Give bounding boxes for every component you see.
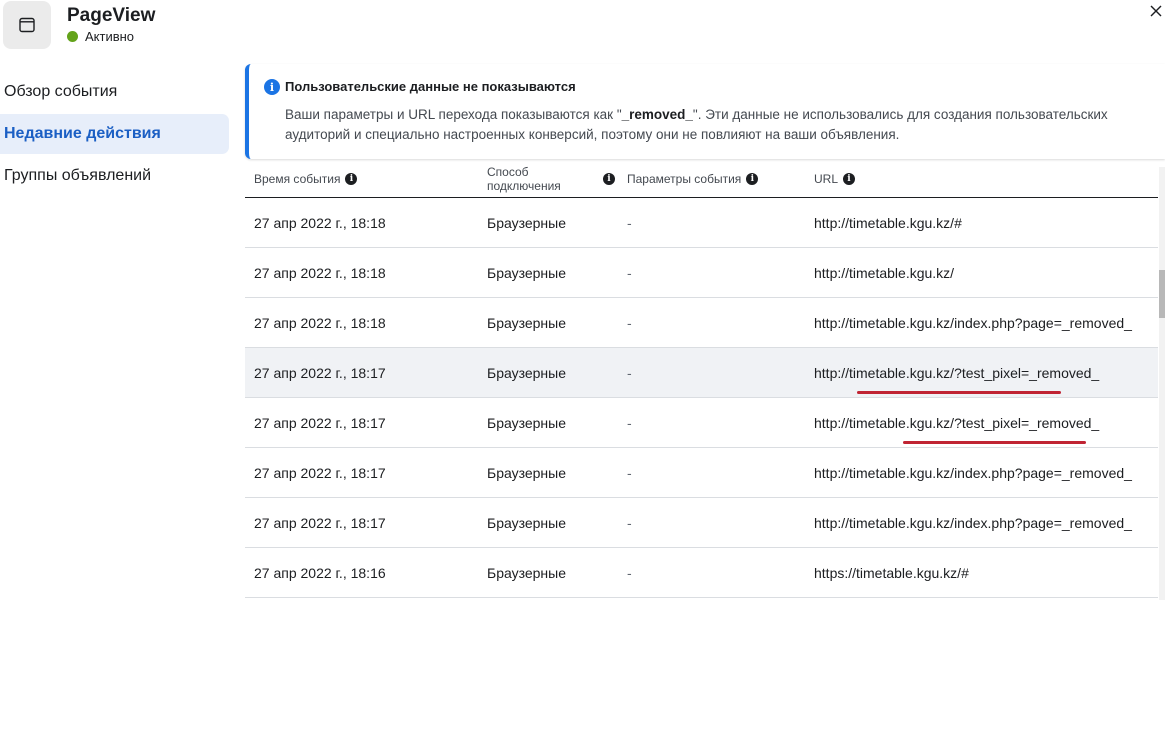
info-icon[interactable]: i: [345, 173, 357, 185]
annotation-underline: [857, 391, 1061, 394]
event-params: -: [627, 348, 632, 398]
table-row[interactable]: 27 апр 2022 г., 18:16Браузерные-https://…: [245, 548, 1158, 598]
sidebar-item-label: Недавние действия: [4, 125, 161, 143]
event-url: http://timetable.kgu.kz/#: [814, 198, 962, 248]
status-badge: Активно: [67, 29, 134, 44]
table-row[interactable]: 27 апр 2022 г., 18:17Браузерные-http://t…: [245, 448, 1158, 498]
sidebar-item-ad-sets[interactable]: Группы объявлений: [0, 156, 229, 196]
event-time: 27 апр 2022 г., 18:16: [254, 548, 386, 598]
event-params: -: [627, 248, 632, 298]
event-url: http://timetable.kgu.kz/index.php?page=_…: [814, 448, 1132, 498]
event-url: http://timetable.kgu.kz/: [814, 248, 954, 298]
column-header-url: URLi: [814, 160, 855, 198]
connection-method: Браузерные: [487, 398, 566, 448]
connection-method: Браузерные: [487, 298, 566, 348]
connection-method: Браузерные: [487, 548, 566, 598]
browser-window-icon: [3, 1, 51, 49]
table-row[interactable]: 27 апр 2022 г., 18:17Браузерные-http://t…: [245, 498, 1158, 548]
event-title: PageView: [67, 5, 155, 27]
connection-method: Браузерные: [487, 348, 566, 398]
event-params: -: [627, 548, 632, 598]
event-url: http://timetable.kgu.kz/index.php?page=_…: [814, 498, 1132, 548]
banner-title: Пользовательские данные не показываются: [285, 79, 576, 94]
scrollbar-thumb[interactable]: [1159, 270, 1165, 318]
table-row[interactable]: 27 апр 2022 г., 18:18Браузерные-http://t…: [245, 248, 1158, 298]
table-header: Время событияi Способ подключения i Пара…: [245, 160, 1158, 198]
close-button[interactable]: [1147, 2, 1165, 20]
sidebar-item-recent-activity[interactable]: Недавние действия: [0, 114, 229, 154]
annotation-underline: [903, 441, 1086, 444]
table-row[interactable]: 27 апр 2022 г., 18:18Браузерные-http://t…: [245, 198, 1158, 248]
info-icon: i: [264, 79, 280, 95]
event-params: -: [627, 498, 632, 548]
event-params: -: [627, 198, 632, 248]
table-scrollbar[interactable]: [1159, 167, 1165, 600]
info-icon[interactable]: i: [603, 160, 615, 198]
event-time: 27 апр 2022 г., 18:18: [254, 298, 386, 348]
events-table: Время событияi Способ подключения i Пара…: [245, 160, 1165, 598]
event-time: 27 апр 2022 г., 18:17: [254, 448, 386, 498]
event-time: 27 апр 2022 г., 18:18: [254, 248, 386, 298]
event-url: https://timetable.kgu.kz/#: [814, 548, 969, 598]
close-icon: [1150, 5, 1162, 17]
sidebar-item-label: Обзор события: [4, 83, 117, 101]
event-url: http://timetable.kgu.kz/index.php?page=_…: [814, 298, 1132, 348]
info-icon[interactable]: i: [843, 173, 855, 185]
event-time: 27 апр 2022 г., 18:17: [254, 498, 386, 548]
banner-body: Ваши параметры и URL перехода показывают…: [285, 105, 1145, 145]
event-params: -: [627, 298, 632, 348]
event-time: 27 апр 2022 г., 18:18: [254, 198, 386, 248]
sidebar-item-label: Группы объявлений: [4, 167, 151, 185]
column-header-method: Способ подключения: [487, 160, 567, 198]
sidebar-nav: Обзор события Недавние действия Группы о…: [0, 72, 229, 198]
column-header-params: Параметры событияi: [627, 160, 758, 198]
event-time: 27 апр 2022 г., 18:17: [254, 398, 386, 448]
event-params: -: [627, 398, 632, 448]
table-body: 27 апр 2022 г., 18:18Браузерные-http://t…: [245, 198, 1158, 598]
info-icon[interactable]: i: [746, 173, 758, 185]
table-row[interactable]: 27 апр 2022 г., 18:17Браузерные-http://t…: [245, 398, 1158, 448]
column-header-time: Время событияi: [254, 160, 357, 198]
sidebar-item-event-overview[interactable]: Обзор события: [0, 72, 229, 112]
connection-method: Браузерные: [487, 498, 566, 548]
table-row[interactable]: 27 апр 2022 г., 18:18Браузерные-http://t…: [245, 298, 1158, 348]
info-banner: i Пользовательские данные не показываютс…: [245, 64, 1165, 159]
connection-method: Браузерные: [487, 248, 566, 298]
table-row[interactable]: 27 апр 2022 г., 18:17Браузерные-http://t…: [245, 348, 1158, 398]
connection-method: Браузерные: [487, 198, 566, 248]
event-params: -: [627, 448, 632, 498]
connection-method: Браузерные: [487, 448, 566, 498]
event-time: 27 апр 2022 г., 18:17: [254, 348, 386, 398]
event-details-panel: PageView Активно Обзор события Недавние …: [0, 0, 1165, 734]
status-dot-icon: [67, 31, 78, 42]
status-label: Активно: [85, 29, 134, 44]
